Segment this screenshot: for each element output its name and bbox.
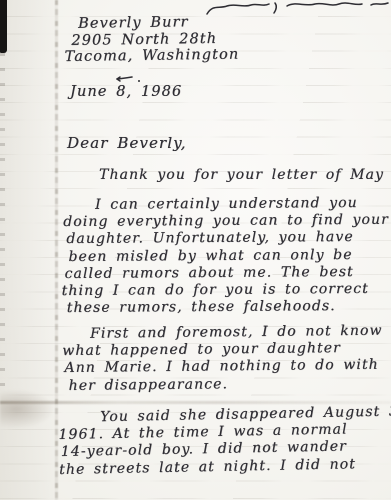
- body-line: these rumors, these falsehoods.: [67, 298, 390, 317]
- body-line: been misled by what can only be: [68, 246, 389, 265]
- body-line: her disappearance.: [69, 374, 384, 394]
- sender-city: Tacoma, Washington: [64, 47, 239, 66]
- paragraph-2: I can certainly understand you doing eve…: [61, 195, 390, 318]
- scanned-letter-page: Beverly Burr 2905 North 28th Tacoma, Was…: [0, 0, 391, 500]
- body-line: Thank you for your letter of May 30.: [99, 167, 391, 184]
- paragraph-3: First and foremost, I do not know what h…: [62, 323, 383, 395]
- body-line: I can certainly understand you: [95, 195, 389, 214]
- sender-address-block: Beverly Burr 2905 North 28th Tacoma, Was…: [64, 14, 239, 66]
- paper-smudge: [0, 390, 54, 428]
- paragraph-1: Thank you for your letter of May 30.: [99, 167, 391, 184]
- salutation: Dear Beverly,: [67, 134, 187, 152]
- paragraph-4: You said she disappeared August 31, 1961…: [56, 403, 391, 479]
- horizontal-fold-crease: [0, 401, 391, 404]
- body-line: daughter. Unfortunately, you have: [66, 229, 389, 248]
- date-line: June 8, 1986: [70, 84, 182, 100]
- scan-edge-artifact: [0, 0, 7, 53]
- scan-edge-dashes: [0, 53, 5, 393]
